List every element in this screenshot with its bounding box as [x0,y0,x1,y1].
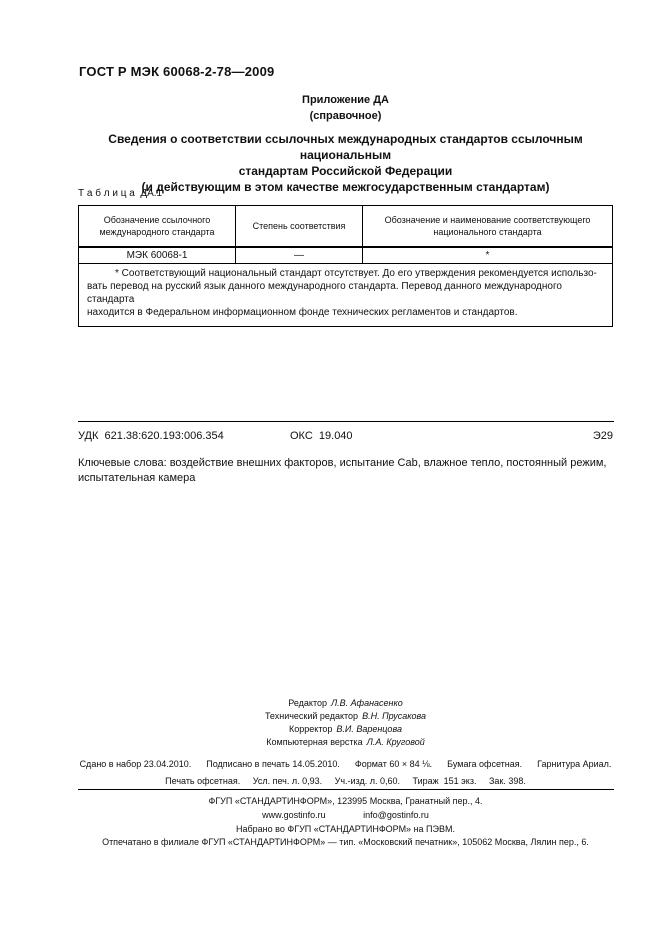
publisher-address: ФГУП «СТАНДАРТИНФОРМ», 123995 Москва, Гр… [40,795,651,809]
print-info-line-2: Печать офсетная. Усл. печ. л. 0,93. Уч.-… [78,776,613,786]
credit-proofreader-label: Корректор [289,724,332,734]
keywords-block: Ключевые слова: воздействие внешних факт… [78,456,613,486]
classification-codes-row: УДК 621.38:620.193:006.354 ОКС 19.040 Э2… [78,430,613,444]
document-page: ГОСТ Р МЭК 60068-2-78—2009 Приложение ДА… [0,0,661,936]
annex-heading: Приложение ДА (справочное) [78,92,613,124]
cell-international-standard: МЭК 60068-1 [79,247,236,264]
annex-type: (справочное) [78,108,613,124]
table-footnote-row: * Соответствующий национальный стандарт … [79,264,613,327]
publisher-contacts: www.gostinfo.ru info@gostinfo.ru [40,809,651,823]
annex-title-line-2: стандартам Российской Федерации [70,163,621,179]
table-footnote-cell: * Соответствующий национальный стандарт … [79,264,613,327]
correspondence-table: Обозначение ссылочного международного ст… [78,205,613,327]
keywords-line-1: Ключевые слова: воздействие внешних факт… [78,456,613,471]
keywords-line-2: испытательная камера [78,471,613,486]
credit-layout: Компьютерная версткаЛ.А. Круговой [78,736,613,749]
cell-national-standard: * [363,247,613,264]
standard-number: ГОСТ Р МЭК 60068-2-78—2009 [79,64,274,79]
imprint-separator-rule [78,789,614,790]
table-header-international-standard: Обозначение ссылочного международного ст… [79,206,236,248]
annex-label: Приложение ДА [78,92,613,108]
oks-code: ОКС 19.040 [290,430,353,442]
cell-correspondence-degree: — [236,247,363,264]
credit-layout-name: Л.А. Круговой [367,737,425,747]
table-header-correspondence-degree: Степень соответствия [236,206,363,248]
e-code: Э29 [593,430,613,442]
footnote-line-3: находится в Федеральном информационном ф… [87,306,604,319]
credit-layout-label: Компьютерная верстка [266,737,362,747]
udk-code: УДК 621.38:620.193:006.354 [78,430,224,442]
udk-separator-rule [78,421,614,422]
credit-editor-name: Л.В. Афанасенко [331,698,403,708]
credit-proofreader-name: В.И. Варенцова [336,724,402,734]
credit-technical-editor: Технический редакторВ.Н. Прусакова [78,710,613,723]
annex-title: Сведения о соответствии ссылочных междун… [70,131,621,195]
publisher-printed-note: Отпечатано в филиале ФГУП «СТАНДАРТИНФОР… [40,836,651,850]
annex-title-line-1: Сведения о соответствии ссылочных междун… [70,131,621,163]
footnote-line-2: вать перевод на русский язык данного меж… [87,280,604,306]
table-row: МЭК 60068-1 — * [79,247,613,264]
editorial-credits: РедакторЛ.В. Афанасенко Технический реда… [78,697,613,749]
table-header-national-standard: Обозначение и наименование соответствующ… [363,206,613,248]
credit-proofreader: КорректорВ.И. Варенцова [78,723,613,736]
publisher-block: ФГУП «СТАНДАРТИНФОРМ», 123995 Москва, Гр… [40,795,651,850]
credit-editor-label: Редактор [288,698,327,708]
publisher-typeset-note: Набрано во ФГУП «СТАНДАРТИНФОРМ» на ПЭВМ… [40,823,651,837]
table-caption: Т а б л и ц а ДА.1 [78,188,162,199]
credit-editor: РедакторЛ.В. Афанасенко [78,697,613,710]
credit-technical-editor-label: Технический редактор [265,711,358,721]
print-info-line-1: Сдано в набор 23.04.2010. Подписано в пе… [60,759,631,769]
footnote-line-1: * Соответствующий национальный стандарт … [87,267,604,280]
credit-technical-editor-name: В.Н. Прусакова [362,711,426,721]
table-header-row: Обозначение ссылочного международного ст… [79,206,613,248]
